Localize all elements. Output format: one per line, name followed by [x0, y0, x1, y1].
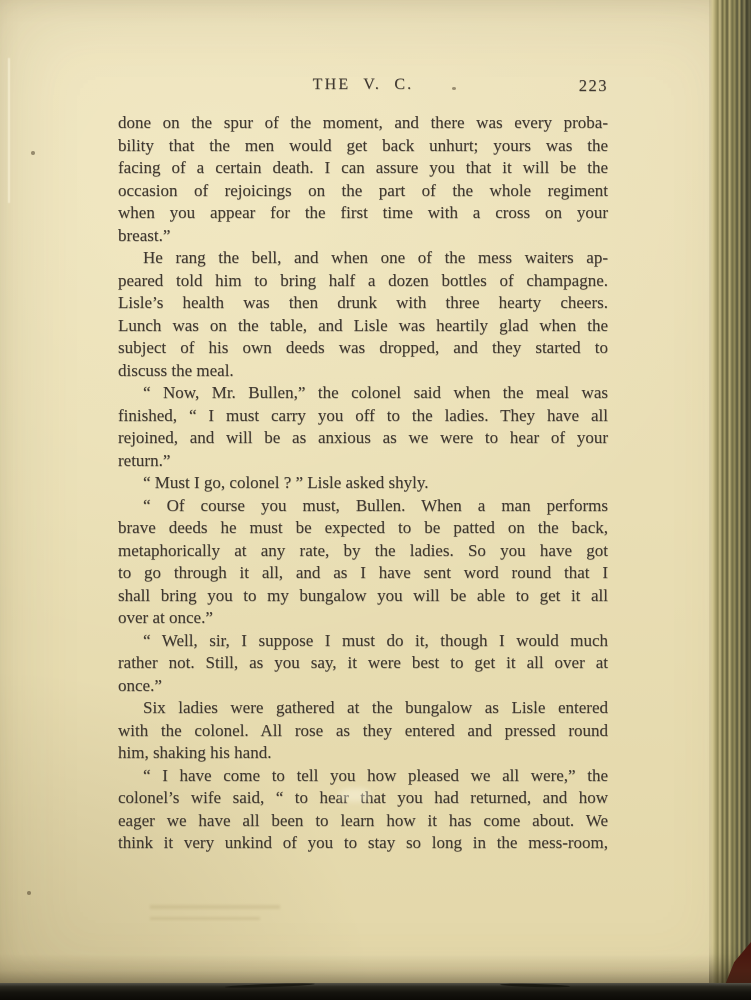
text-line: facing of a certain death. I can assure … [118, 157, 608, 180]
paragraph: done on the spur of the moment, and ther… [118, 112, 608, 247]
text-line: once.” [118, 675, 608, 698]
text-line: return.” [118, 450, 608, 473]
scan-streak [150, 905, 280, 909]
cover-curve-line [500, 983, 570, 988]
paragraph: “ Of course you must, Bullen. When a man… [118, 495, 608, 630]
paper-crease [8, 58, 10, 203]
cover-curve-line [225, 982, 315, 988]
text-line: metaphorically at any rate, by the ladie… [118, 540, 608, 563]
text-line: “ Now, Mr. Bullen,” the colonel said whe… [118, 382, 608, 405]
text-line: Lunch was on the table, and Lisle was he… [118, 315, 608, 338]
text-line: finished, “ I must carry you off to the … [118, 405, 608, 428]
text-line: when you appear for the first time with … [118, 202, 608, 225]
text-line: occasion of rejoicings on the part of th… [118, 180, 608, 203]
paper-speck [31, 151, 35, 155]
running-title: THE V. C. [313, 76, 414, 94]
text-line: bility that the men would get back unhur… [118, 135, 608, 158]
text-line: over at once.” [118, 607, 608, 630]
paper-speck [452, 87, 456, 90]
text-line: with the colonel. All rose as they enter… [118, 720, 608, 743]
paper-smudge [338, 788, 372, 802]
text-line: peared told him to bring half a dozen bo… [118, 270, 608, 293]
paragraph: “ Now, Mr. Bullen,” the colonel said whe… [118, 382, 608, 472]
text-line: breast.” [118, 225, 608, 248]
text-line: think it very unkind of you to stay so l… [118, 832, 608, 855]
text-line: rejoined, and will be as anxious as we w… [118, 427, 608, 450]
scan-streak [150, 917, 260, 920]
text-line: eager we have all been to learn how it h… [118, 810, 608, 833]
text-line: “ Well, sir, I suppose I must do it, tho… [118, 630, 608, 653]
paper-speck [27, 891, 31, 895]
page-header: THE V. C. 223 [118, 76, 608, 98]
text-line: “ Of course you must, Bullen. When a man… [118, 495, 608, 518]
text-line: Lisle’s health was then drunk with three… [118, 292, 608, 315]
text-line: him, shaking his hand. [118, 742, 608, 765]
text-line: discuss the meal. [118, 360, 608, 383]
page-bottom-shadow [0, 954, 751, 984]
page-text: done on the spur of the moment, and ther… [118, 112, 608, 855]
text-line: done on the spur of the moment, and ther… [118, 112, 608, 135]
text-line: subject of his own deeds was dropped, an… [118, 337, 608, 360]
page-number: 223 [579, 76, 608, 96]
text-line: shall bring you to my bungalow you will … [118, 585, 608, 608]
text-line: He rang the bell, and when one of the me… [118, 247, 608, 270]
paragraph: “ Well, sir, I suppose I must do it, tho… [118, 630, 608, 698]
paragraph: “ I have come to tell you how pleased we… [118, 765, 608, 855]
text-line: “ I have come to tell you how pleased we… [118, 765, 608, 788]
book-page: THE V. C. 223 done on the spur of the mo… [0, 0, 751, 1000]
text-line: “ Must I go, colonel ? ” Lisle asked shy… [118, 472, 608, 495]
text-line: Six ladies were gathered at the bungalow… [118, 697, 608, 720]
paragraph: He rang the bell, and when one of the me… [118, 247, 608, 382]
paragraph: “ Must I go, colonel ? ” Lisle asked shy… [118, 472, 608, 495]
book-page-edges [709, 0, 751, 988]
text-line: to go through it all, and as I have sent… [118, 562, 608, 585]
text-line: brave deeds he must be expected to be pa… [118, 517, 608, 540]
book-scan-photo: THE V. C. 223 done on the spur of the mo… [0, 0, 751, 1000]
book-cover-bottom [0, 983, 751, 1000]
paragraph: Six ladies were gathered at the bungalow… [118, 697, 608, 765]
text-line: rather not. Still, as you say, it were b… [118, 652, 608, 675]
